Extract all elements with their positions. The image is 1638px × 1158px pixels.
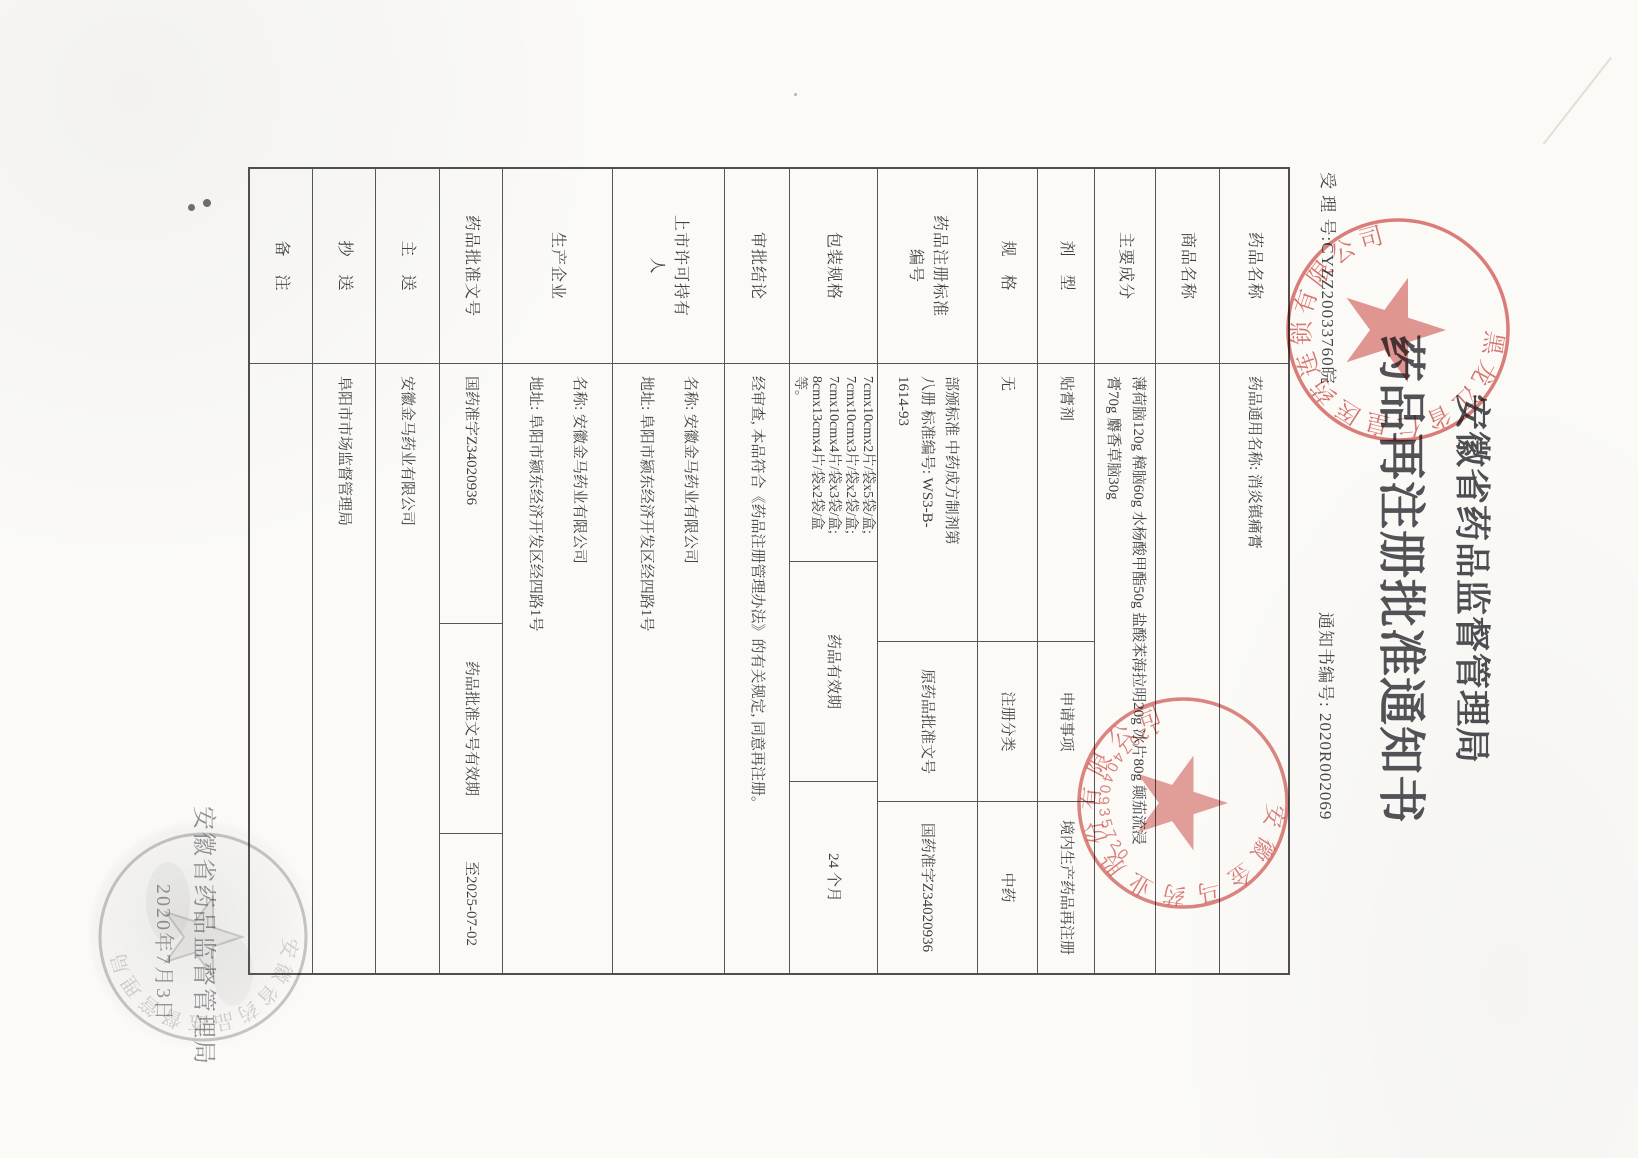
table-row-approval-conclusion: 审批结论 经审查, 本品符合《药品注册管理办法》的有关规定, 同意再注册。 [725,169,790,973]
ink-speck [203,199,211,207]
table-row-specification: 规 格 无 注册分类 中药 [978,169,1038,973]
row-header-cell: 剂 型 [1038,169,1094,364]
authority-grey-seal: 安徽省药品监督管理局 [78,812,328,1062]
row-header-cell: 备 注 [250,169,312,364]
row-header-cell: 审批结论 [725,169,789,364]
row-content: 无 注册分类 中药 [978,364,1037,973]
ink-speck [794,93,797,96]
fold-mark [1543,57,1612,145]
pharmacy-red-stamp: 黑龙江省仁皇医药连锁有限公司 [1263,195,1533,465]
cell-validity-label: 药品有效期 [790,561,877,781]
row-header-cell: 商品名称 [1156,169,1219,364]
row-header-label: 主要成分 [1113,232,1137,300]
cell-packaging: 7cmx10cmx2片/袋x5袋/盒; 7cmx10cmx3片/袋x2袋/盒; … [790,364,877,561]
ink-speck [188,204,195,211]
scanned-document-canvas: 安徽省药品监督管理局 药品再注册批准通知书 受 理 号:CYZZ20033760… [0,0,1638,1158]
cell-approval-number: 国药准字Z34020936 [440,364,502,623]
company-red-stamp: 安徽金马药业股份有限公司 12074040935720 [1058,678,1308,928]
row-header-cell: 主 送 [376,169,439,364]
cell-specification: 无 [978,364,1037,641]
cell-original-approval-label: 原药品批准文号 [878,641,977,801]
row-content: 名称: 安徽金马药业有限公司 地址: 阜阳市颍东经济开发区经四路1号 [613,364,724,973]
row-content: 国药准字Z34020936 药品批准文号有效期 至2025-07-02 [440,364,502,973]
cell-validity-value: 24 个月 [790,781,877,973]
row-header-label: 剂 型 [1054,240,1078,291]
row-header-label: 审批结论 [745,232,769,300]
cell-dosage-form: 贴膏剂 [1038,364,1094,641]
row-header-cell: 药品批准文号 [440,169,502,364]
row-header-label: 药品批准文号 [459,215,483,317]
row-header-label: 主 送 [396,240,420,291]
row-header-label: 抄 送 [332,240,356,291]
table-row-main-recipient: 主 送 安徽金马药业有限公司 [376,169,440,973]
row-header-label: 上市许可持有人 [645,214,693,318]
table-row-approval-number: 药品批准文号 国药准字Z34020936 药品批准文号有效期 至2025-07-… [440,169,503,973]
notice-number: 通知书编号: 2020R002069 [1315,612,1340,820]
row-header-cell: 包装规格 [790,169,877,364]
table-row-packaging: 包装规格 7cmx10cmx2片/袋x5袋/盒; 7cmx10cmx3片/袋x2… [790,169,878,973]
table-row-standard-number: 药品注册标准编号 部颁标准 中药成方制剂第 八册 标准编号: WS3-B- 16… [878,169,978,973]
notice-label: 通知书编号: [1316,612,1335,708]
cell-main-recipient: 安徽金马药业有限公司 [376,364,439,973]
cell-license-holder: 名称: 安徽金马药业有限公司 地址: 阜阳市颍东经济开发区经四路1号 [613,364,724,973]
row-header-cell: 抄 送 [313,169,375,364]
row-content: 经审查, 本品符合《药品注册管理办法》的有关规定, 同意再注册。 [725,364,789,973]
row-header-label: 药品注册标准编号 [904,214,952,318]
row-header-cell: 主要成分 [1095,169,1155,364]
row-content: 名称: 安徽金马药业有限公司 地址: 阜阳市颍东经济开发区经四路1号 [503,364,612,973]
row-header-cell: 规 格 [978,169,1037,364]
notice-value: 2020R002069 [1316,713,1335,820]
row-header-cell: 生产企业 [503,169,612,364]
row-header-label: 商品名称 [1176,232,1200,300]
cell-registration-class-value: 中药 [978,801,1037,973]
table-row-license-holder: 上市许可持有人 名称: 安徽金马药业有限公司 地址: 阜阳市颍东经济开发区经四路… [613,169,725,973]
star-icon [1347,278,1447,383]
row-header-label: 包装规格 [822,232,846,300]
cell-manufacturer: 名称: 安徽金马药业有限公司 地址: 阜阳市颍东经济开发区经四路1号 [503,364,612,973]
row-content: 安徽金马药业有限公司 [376,364,439,973]
row-header-cell: 药品注册标准编号 [878,169,977,364]
cell-conclusion: 经审查, 本品符合《药品注册管理办法》的有关规定, 同意再注册。 [725,364,789,973]
row-header-label: 规 格 [996,240,1020,291]
cell-original-approval-value: 国药准字Z34020936 [878,801,977,973]
cell-standard-number: 部颁标准 中药成方制剂第 八册 标准编号: WS3-B- 1614-93 [878,364,977,641]
cell-registration-class-label: 注册分类 [978,641,1037,801]
row-content: 部颁标准 中药成方制剂第 八册 标准编号: WS3-B- 1614-93 原药品… [878,364,977,973]
table-row-manufacturer: 生产企业 名称: 安徽金马药业有限公司 地址: 阜阳市颍东经济开发区经四路1号 [503,169,613,973]
cell-approval-validity-label: 药品批准文号有效期 [440,623,502,833]
row-header-label: 备 注 [269,240,293,291]
document-sheet: 安徽省药品监督管理局 药品再注册批准通知书 受 理 号:CYZZ20033760… [0,0,1638,1158]
star-icon [1138,756,1229,851]
row-content: 7cmx10cmx2片/袋x5袋/盒; 7cmx10cmx3片/袋x2袋/盒; … [790,364,877,973]
document-subtitle: 药品再注册批准通知书 [1371,0,1440,1158]
row-header-cell: 上市许可持有人 [613,169,724,364]
row-header-label: 生产企业 [546,232,570,300]
cell-approval-validity-value: 至2025-07-02 [440,833,502,973]
document-title: 安徽省药品监督管理局 [1449,0,1500,1158]
